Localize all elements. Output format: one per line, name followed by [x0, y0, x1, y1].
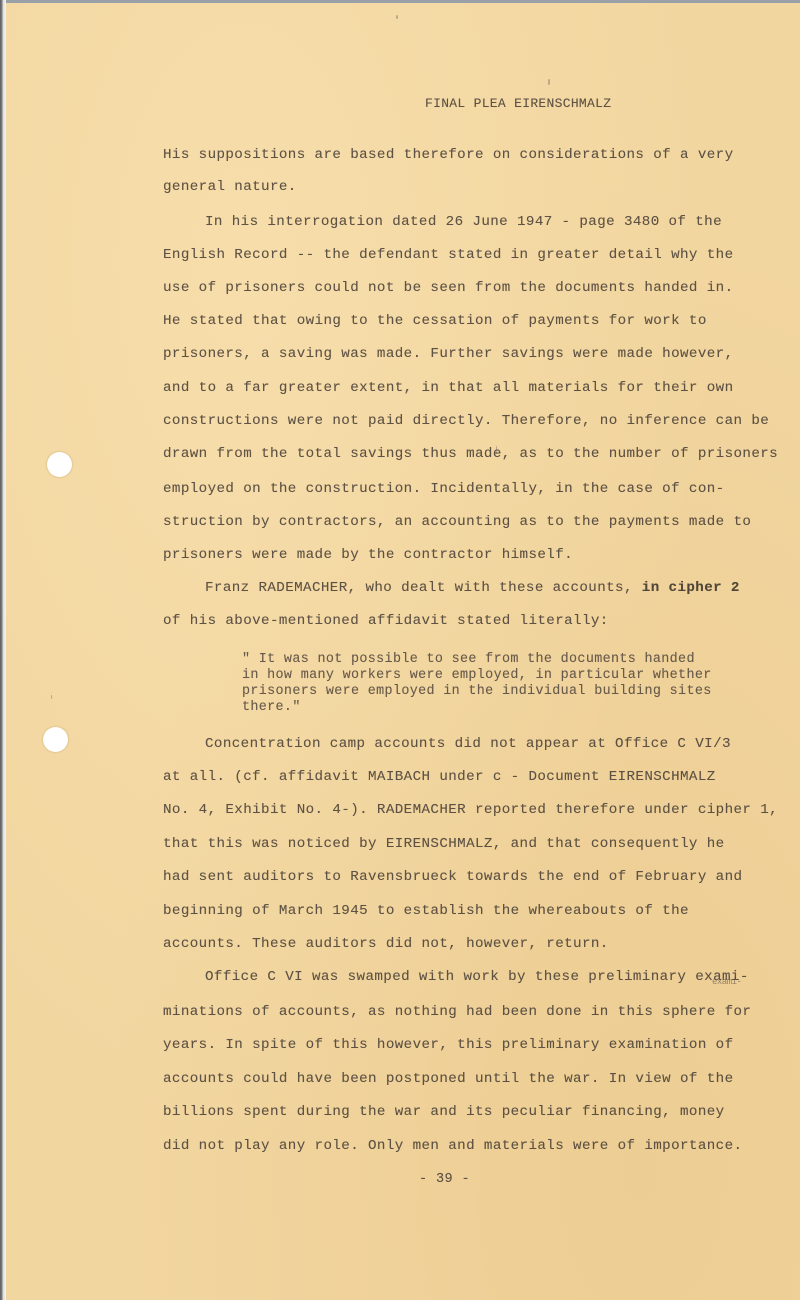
quote-line: in how many workers were employed, in pa… — [242, 668, 712, 683]
text-line: He stated that owing to the cessation of… — [163, 313, 707, 329]
text-line: accounts could have been postponed until… — [163, 1071, 734, 1087]
text-fragment: Franz RADEMACHER, who dealt with these a… — [205, 580, 633, 596]
bold-fragment: in cipher 2 — [642, 580, 740, 596]
text-line: prisoners, a saving was made. Further sa… — [163, 346, 734, 362]
text-line: Concentration camp accounts did not appe… — [205, 736, 731, 752]
document-header: FINAL PLEA EIRENSCHMALZ — [425, 96, 611, 111]
text-line: Franz RADEMACHER, who dealt with these a… — [205, 580, 740, 596]
text-line: English Record -- the defendant stated i… — [163, 247, 734, 263]
text-line: accounts. These auditors did not, howeve… — [163, 936, 609, 952]
quote-line: there." — [242, 700, 301, 715]
text-line: prisoners were made by the contractor hi… — [163, 547, 573, 563]
text-line: at all. (cf. affidavit MAIBACH under c -… — [163, 769, 716, 785]
text-line: drawn from the total savings thus made, … — [163, 446, 778, 462]
quote-line: " It was not possible to see from the do… — [242, 652, 695, 667]
text-line: and to a far greater extent, in that all… — [163, 380, 734, 396]
text-line: His suppositions are based therefore on … — [163, 147, 734, 163]
text-line: billions spent during the war and its pe… — [163, 1104, 725, 1120]
text-line: constructions were not paid directly. Th… — [163, 413, 769, 429]
punch-hole-lower — [43, 727, 68, 752]
paper-speck — [396, 15, 398, 19]
text-line: In his interrogation dated 26 June 1947 … — [205, 214, 722, 230]
quote-line: prisoners were employed in the individua… — [242, 684, 712, 699]
text-line: use of prisoners could not be seen from … — [163, 280, 734, 296]
punch-hole-upper — [47, 452, 72, 477]
text-line: employed on the construction. Incidental… — [163, 481, 725, 497]
page-number: - 39 - — [419, 1172, 470, 1187]
text-line: general nature. — [163, 179, 297, 195]
text-line: of his above-mentioned affidavit stated … — [163, 613, 609, 629]
text-line: did not play any role. Only men and mate… — [163, 1138, 742, 1154]
text-line: struction by contractors, an accounting … — [163, 514, 751, 530]
text-line: years. In spite of this however, this pr… — [163, 1037, 734, 1053]
text-line: Office C VI was swamped with work by the… — [205, 969, 749, 985]
text-line: No. 4, Exhibit No. 4-). RADEMACHER repor… — [163, 802, 778, 818]
text-line: minations of accounts, as nothing had be… — [163, 1004, 751, 1020]
paper-speck — [548, 79, 550, 85]
text-line: beginning of March 1945 to establish the… — [163, 903, 689, 919]
text-line: that this was noticed by EIRENSCHMALZ, a… — [163, 836, 725, 852]
text-line: had sent auditors to Ravensbrueck toward… — [163, 869, 742, 885]
margin-strikeover: exami- — [712, 977, 741, 987]
paper-speck — [51, 695, 52, 699]
